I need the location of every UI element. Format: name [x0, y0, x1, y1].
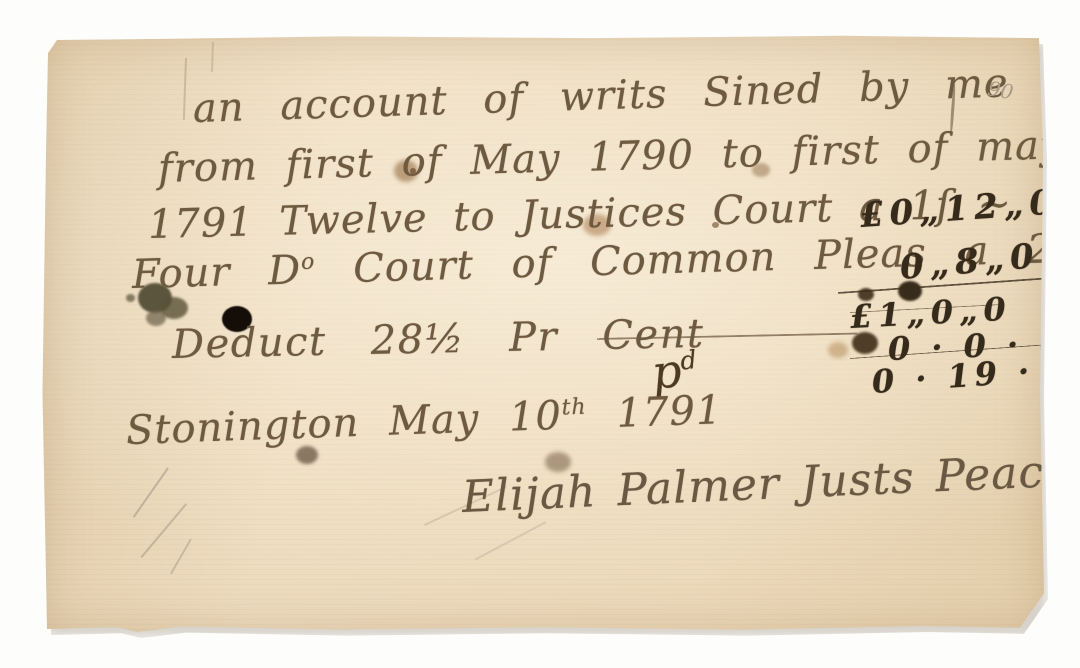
scan-background: an account of writs Sined by me from fir… — [0, 0, 1080, 668]
heading-line: an account of writs Sined by me — [192, 60, 1009, 132]
document-paper: an account of writs Sined by me from fir… — [42, 34, 1044, 632]
paid-mark-superscript: d — [679, 345, 698, 376]
paper-stain — [296, 446, 318, 464]
deduct-line: Deduct 28½ Pr Cent — [172, 311, 705, 368]
ditto-superscript: o — [301, 250, 316, 275]
place-date-line: Stonington May 10th 1791 — [125, 387, 723, 454]
entry-common-pleas-text: Four D — [131, 247, 302, 298]
pencil-corner-mark: 90 — [986, 76, 1015, 104]
ink-stain — [146, 310, 166, 326]
paper-crease — [211, 42, 214, 72]
date-range-line: from first of May 1790 to first of may — [157, 122, 1064, 192]
paper-crease — [183, 58, 187, 120]
pencil-ghost-stroke — [170, 539, 192, 575]
pencil-ghost-stroke — [141, 503, 188, 558]
year-text: 1791 — [586, 387, 723, 438]
paper-stain — [828, 342, 848, 358]
pencil-ghost-stroke — [133, 467, 169, 517]
place-date-text: Stonington May 10 — [125, 393, 562, 454]
pencil-ghost-stroke — [475, 521, 547, 560]
ordinal-superscript: th — [561, 395, 587, 421]
